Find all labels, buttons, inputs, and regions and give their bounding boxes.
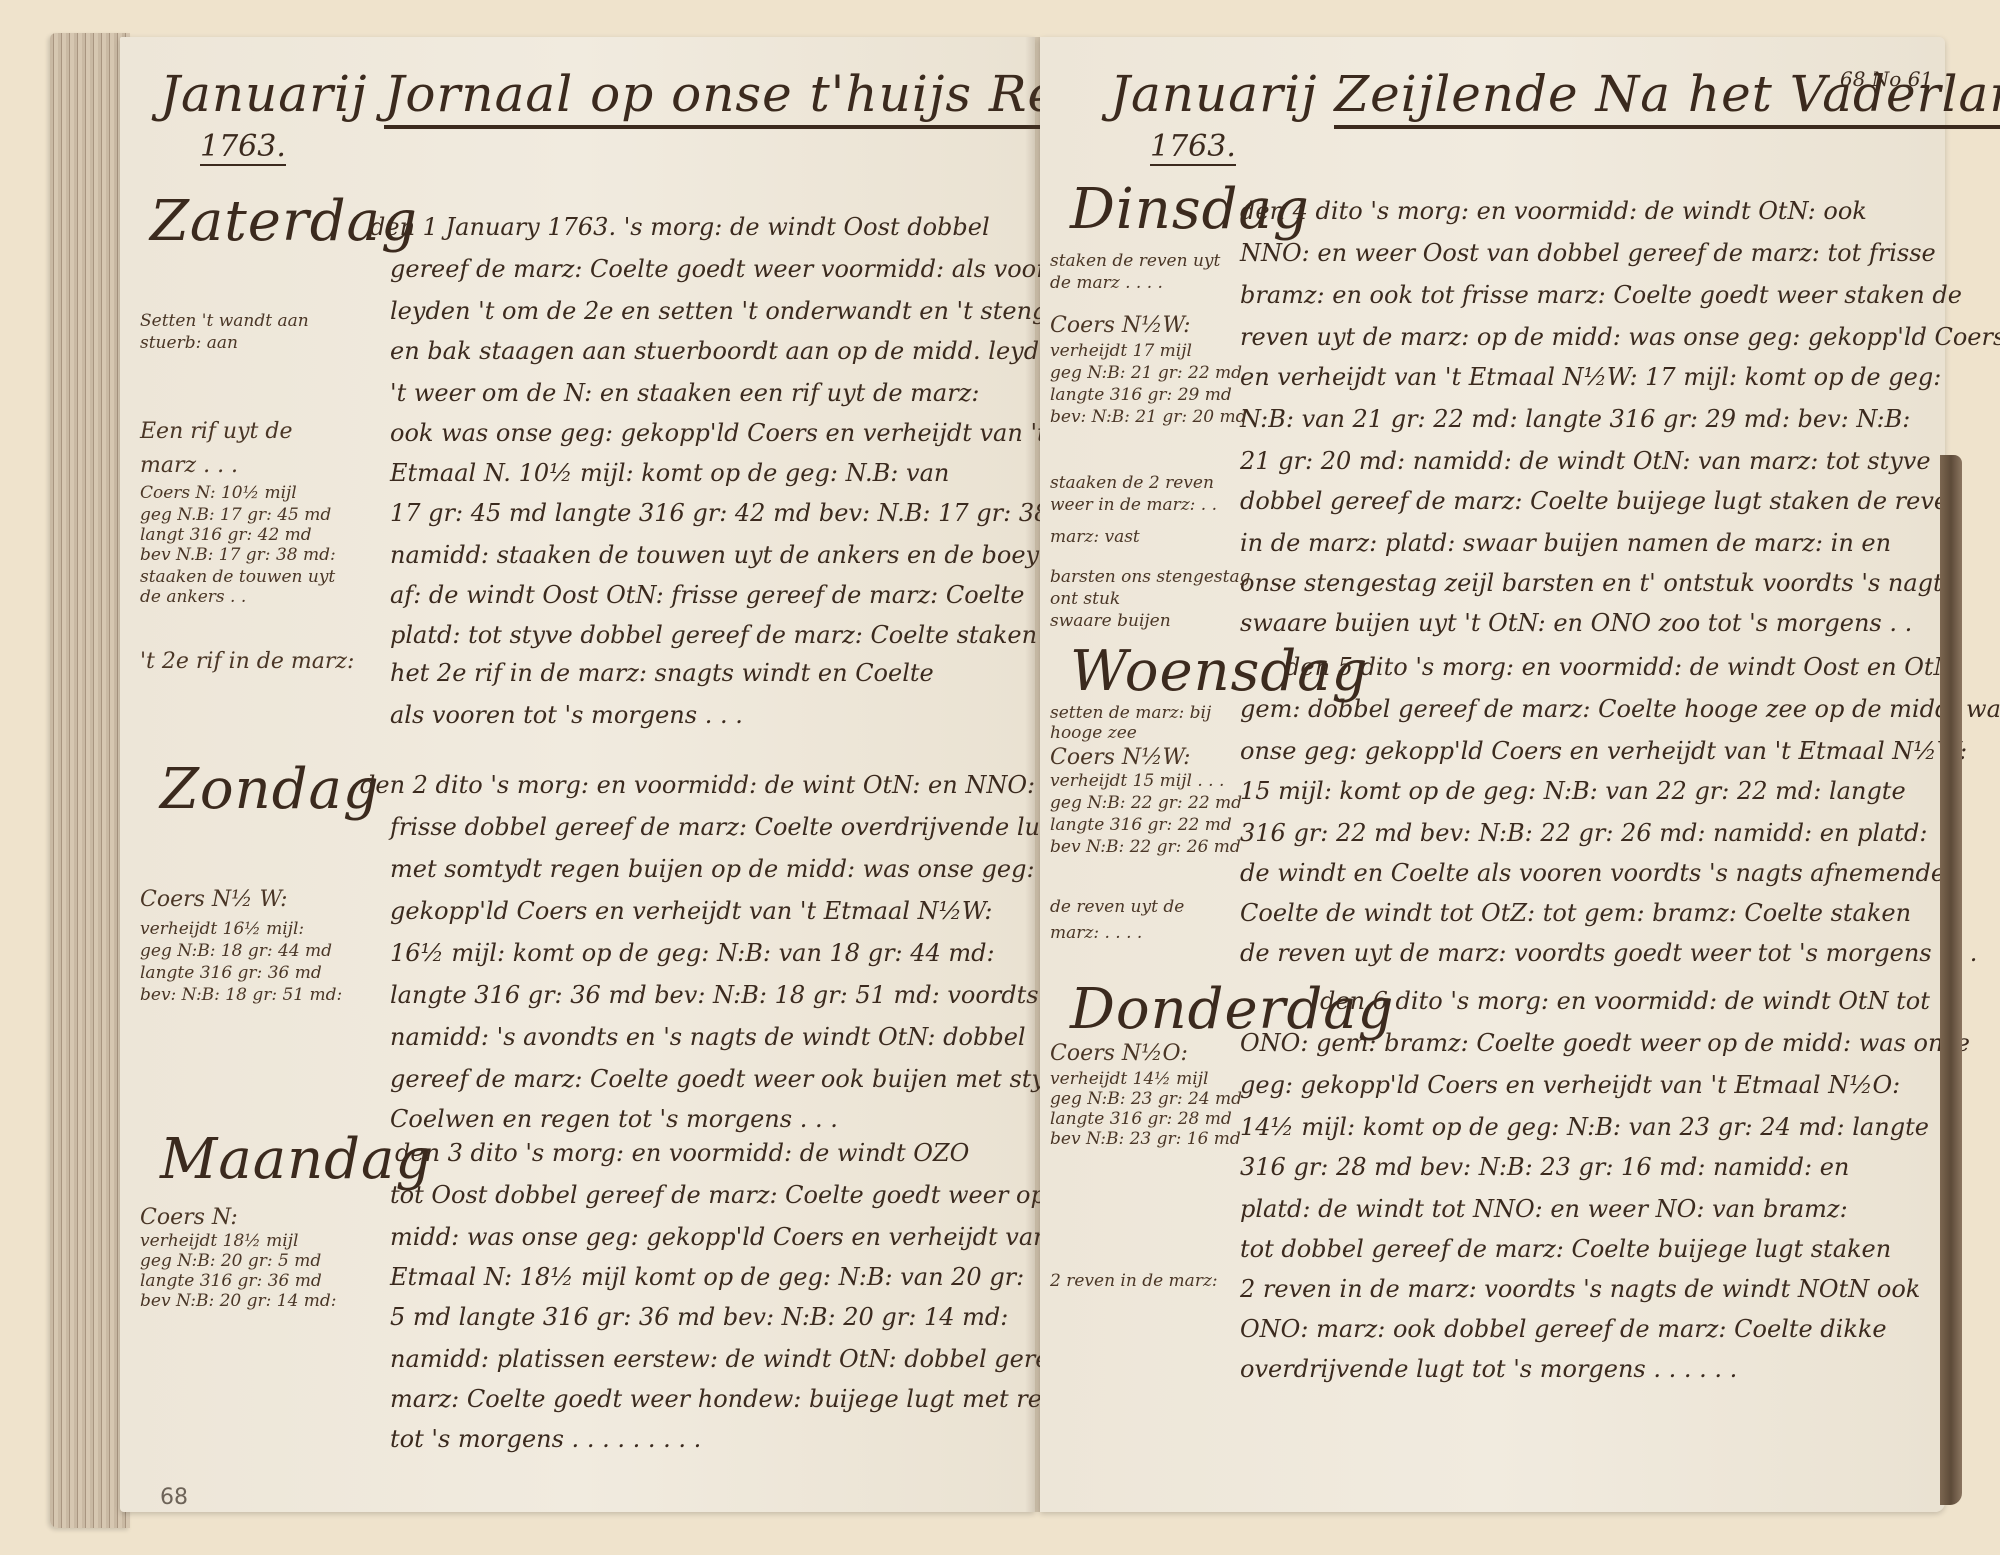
margin-note: langte 316 gr: 22 md: [1050, 817, 1232, 834]
entry-line: dobbel gereef de marz: Coelte buijege lu…: [1240, 489, 1964, 513]
margin-note: bev N:B: 23 gr: 16 md: [1050, 1131, 1241, 1148]
entry-line: namidd: platissen eerstew: de windt OtN:…: [390, 1347, 1102, 1371]
entry-line: 15 mijl: komt op de geg: N:B: van 22 gr:…: [1240, 779, 1906, 803]
entry-line: met somtydt regen buijen op de midd: was…: [390, 857, 1035, 881]
page-edges-left: [50, 33, 130, 1528]
entry-line: Coelte de windt tot OtZ: tot gem: bramz:…: [1240, 901, 1911, 925]
margin-note: langte 316 gr: 36 md: [140, 965, 322, 982]
entry-line: Etmaal N: 18½ mijl komt op de geg: N:B: …: [390, 1265, 1024, 1289]
margin-note: bev N.B: 17 gr: 38 md:: [140, 547, 336, 564]
margin-note: langte 316 gr: 36 md: [140, 1273, 322, 1290]
entry-line: namidd: 's avondts en 's nagts de windt …: [390, 1025, 1026, 1049]
margin-note: de ankers . .: [140, 589, 246, 606]
page-edges-right: [1940, 455, 1962, 1505]
entry-line: reven uyt de marz: op de midd: was onse …: [1240, 325, 2000, 349]
entry-line: 5 md langte 316 gr: 36 md bev: N:B: 20 g…: [390, 1305, 1008, 1329]
margin-note: geg N:B: 22 gr: 22 md: [1050, 795, 1242, 812]
left-title-month: Januarij: [160, 65, 367, 123]
entry-line: 17 gr: 45 md langte 316 gr: 42 md bev: N…: [390, 501, 1103, 525]
right-title-month: Januarij: [1110, 65, 1317, 123]
margin-note: Coers N½W:: [1050, 315, 1191, 337]
margin-note: bev: N:B: 18 gr: 51 md:: [140, 987, 342, 1004]
entry-line: 14½ mijl: komt op de geg: N:B: van 23 gr…: [1240, 1115, 1929, 1139]
entry-line: de windt en Coelte als vooren voordts 's…: [1240, 861, 1945, 885]
entry-line: 21 gr: 20 md: namidd: de windt OtN: van …: [1240, 449, 1931, 473]
entry-line: ONO: marz: ook dobbel gereef de marz: Co…: [1240, 1317, 1887, 1341]
margin-note: stuerb: aan: [140, 335, 238, 352]
entry-line: in de marz: platd: swaar buijen namen de…: [1240, 531, 1891, 555]
entry-line: platd: de windt tot NNO: en weer NO: van…: [1240, 1197, 1848, 1221]
margin-note: Een rif uyt de: [140, 421, 292, 443]
entry-line: tot 's morgens . . . . . . . . .: [390, 1427, 701, 1451]
entry-line: den 6 dito 's morg: en voormidd: de wind…: [1320, 989, 1930, 1013]
entry-line: den 5 dito 's morg: en voormidd: de wind…: [1285, 655, 1962, 679]
entry-line: 316 gr: 22 md bev: N:B: 22 gr: 26 md: na…: [1240, 821, 1927, 845]
entry-line: onse geg: gekopp'ld Coers en verheijdt v…: [1240, 739, 1967, 763]
entry-line: 2 reven in de marz: voordts 's nagts de …: [1240, 1277, 1920, 1301]
margin-note: verheijdt 15 mijl . . .: [1050, 773, 1224, 790]
margin-note: bev: N:B: 21 gr: 20 md: [1050, 409, 1247, 426]
margin-note: Setten 't wandt aan: [140, 313, 309, 330]
right-page-year: 1763.: [1150, 129, 1236, 166]
margin-note: Coers N½ W:: [140, 889, 288, 911]
margin-note: marz . . .: [140, 455, 238, 477]
left-page-year: 1763.: [200, 129, 286, 166]
margin-note: marz: . . . .: [1050, 925, 1142, 942]
margin-note: langte 316 gr: 29 md: [1050, 387, 1232, 404]
entry-line: gekopp'ld Coers en verheijdt van 't Etma…: [390, 899, 993, 923]
left-page: Januarij Jornaal op onse t'huijs Reijse …: [120, 37, 1035, 1512]
entry-line: en verheijdt van 't Etmaal N½W: 17 mijl:…: [1240, 365, 1941, 389]
entry-line: NNO: en weer Oost van dobbel gereef de m…: [1240, 241, 1936, 265]
margin-note: 2 reven in de marz:: [1050, 1273, 1218, 1290]
entry-line: af: de windt Oost OtN: frisse gereef de …: [390, 583, 1024, 607]
margin-note: geg N:B: 21 gr: 22 md: [1050, 365, 1242, 382]
margin-note: ont stuk: [1050, 591, 1120, 608]
entry-line: ONO: gem: bramz: Coelte goedt weer op de…: [1240, 1031, 1970, 1055]
margin-note: verheijdt 16½ mijl:: [140, 921, 304, 938]
day-heading-zondag: Zondag: [160, 757, 380, 822]
open-logbook: Januarij Jornaal op onse t'huijs Reijse …: [40, 25, 1990, 1540]
entry-line: marz: Coelte goedt weer hondew: buijege …: [390, 1387, 1087, 1411]
left-page-title: Januarij Jornaal op onse t'huijs Reijse: [160, 65, 1149, 123]
entry-line: als vooren tot 's morgens . . .: [390, 703, 743, 727]
entry-line: tot Oost dobbel gereef de marz: Coelte g…: [390, 1183, 1083, 1207]
margin-note: verheijdt 18½ mijl: [140, 1233, 298, 1250]
margin-note: staken de reven uyt: [1050, 253, 1220, 270]
entry-line: den 1 January 1763. 's morg: de windt Oo…: [370, 215, 990, 239]
folio-number: 68 No 61: [1840, 67, 1933, 91]
right-page: Januarij Zeijlende Na het Vaderlandt, 17…: [1040, 37, 1945, 1512]
entry-line: den 2 dito 's morg: en voormidd: de wint…: [360, 773, 1035, 797]
margin-note: verheijdt 14½ mijl: [1050, 1071, 1208, 1088]
margin-note: weer in de marz: . .: [1050, 497, 1217, 514]
entry-line: swaare buijen uyt 't OtN: en ONO zoo tot…: [1240, 611, 1912, 635]
entry-line: tot dobbel gereef de marz: Coelte buijeg…: [1240, 1237, 1891, 1261]
margin-note: hooge zee: [1050, 725, 1137, 742]
margin-note: langte 316 gr: 28 md: [1050, 1111, 1232, 1128]
entry-line: 316 gr: 28 md bev: N:B: 23 gr: 16 md: na…: [1240, 1155, 1849, 1179]
entry-line: het 2e rif in de marz: snagts windt en C…: [390, 661, 934, 685]
margin-note: Coers N½W:: [1050, 747, 1191, 769]
margin-note: barsten ons stengestag: [1050, 569, 1251, 586]
entry-line: Coelwen en regen tot 's morgens . . .: [390, 1107, 838, 1131]
margin-note: Coers N: 10½ mijl: [140, 485, 297, 502]
entry-line: ook was onse geg: gekopp'ld Coers en ver…: [390, 421, 1047, 445]
margin-note: bev N:B: 20 gr: 14 md:: [140, 1293, 337, 1310]
margin-note: langt 316 gr: 42 md: [140, 527, 312, 544]
margin-note: staaken de touwen uyt: [140, 569, 335, 586]
entry-line: midd: was onse geg: gekopp'ld Coers en v…: [390, 1225, 1073, 1249]
margin-note: Coers N:: [140, 1207, 238, 1229]
entry-line: platd: tot styve dobbel gereef de marz: …: [390, 623, 1037, 647]
entry-line: onse stengestag zeijl barsten en t' onts…: [1240, 571, 1955, 595]
entry-line: N:B: van 21 gr: 22 md: langte 316 gr: 29…: [1240, 407, 1910, 431]
entry-line: gem: dobbel gereef de marz: Coelte hooge…: [1240, 697, 2000, 721]
margin-note: Coers N½O:: [1050, 1043, 1188, 1065]
entry-line: en bak staagen aan stuerboordt aan op de…: [390, 339, 1069, 363]
entry-line: den 4 dito 's morg: en voormidd: de wind…: [1240, 199, 1867, 223]
margin-note: 't 2e rif in de marz:: [140, 651, 354, 673]
entry-line: de reven uyt de marz: voordts goedt weer…: [1240, 941, 1977, 965]
entry-line: 16½ mijl: komt op de geg: N:B: van 18 gr…: [390, 941, 995, 965]
margin-note: marz: vast: [1050, 529, 1140, 546]
entry-line: geg: gekopp'ld Coers en verheijdt van 't…: [1240, 1073, 1900, 1097]
margin-note: geg N:B: 20 gr: 5 md: [140, 1253, 321, 1270]
margin-note: de marz . . . .: [1050, 275, 1163, 292]
entry-line: frisse dobbel gereef de marz: Coelte ove…: [390, 815, 1065, 839]
margin-note: geg N:B: 23 gr: 24 md: [1050, 1091, 1242, 1108]
entry-line: namidd: staaken de touwen uyt de ankers …: [390, 543, 1094, 567]
margin-note: staaken de 2 reven: [1050, 475, 1214, 492]
entry-line: den 3 dito 's morg: en voormidd: de wind…: [395, 1141, 969, 1165]
margin-note: bev N:B: 22 gr: 26 md: [1050, 839, 1241, 856]
entry-line: 't weer om de N: en staaken een rif uyt …: [390, 381, 979, 405]
entry-line: gereef de marz: Coelte goedt weer ook bu…: [390, 1067, 1073, 1091]
entry-line: Etmaal N. 10½ mijl: komt op de geg: N.B:…: [390, 461, 949, 485]
margin-note: swaare buijen: [1050, 613, 1171, 630]
entry-line: langte 316 gr: 36 md bev: N:B: 18 gr: 51…: [390, 983, 1039, 1007]
margin-note: geg N.B: 17 gr: 45 md: [140, 507, 331, 524]
margin-note: setten de marz: bij: [1050, 705, 1211, 722]
margin-note: verheijdt 17 mijl: [1050, 343, 1192, 360]
entry-line: gereef de marz: Coelte goedt weer voormi…: [390, 257, 1077, 281]
entry-line: bramz: en ook tot frisse marz: Coelte go…: [1240, 283, 1962, 307]
page-number: 68: [160, 1485, 188, 1510]
margin-note: de reven uyt de: [1050, 899, 1184, 916]
entry-line: overdrijvende lugt tot 's morgens . . . …: [1240, 1357, 1737, 1381]
margin-note: geg N:B: 18 gr: 44 md: [140, 943, 332, 960]
